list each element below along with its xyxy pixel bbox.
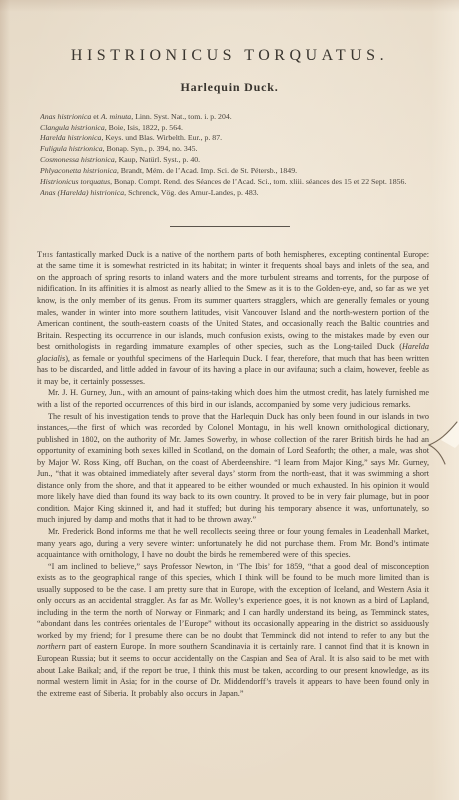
text-segment: , Linn. Syst. Nat., tom. i. p. 204. [131, 112, 232, 121]
section-divider-rule [170, 226, 290, 227]
synonymy-entry: Cosmonessa histrionica, Kaup, Natürl. Sy… [40, 155, 433, 166]
text-segment: , Bonap. Compt. Rend. des Séances de l’A… [110, 177, 406, 186]
text-segment: The result of his investigation tends to… [37, 412, 429, 525]
text-segment: Harelda histrionica [40, 133, 101, 142]
text-segment: A. minuta [101, 112, 131, 121]
text-segment: Phlyaconetta histrionica [40, 166, 117, 175]
text-segment: , Brandt, Mém. de l’Acad. Imp. Sci. de S… [117, 166, 297, 175]
paragraph: “I am inclined to believe,” says Profess… [37, 561, 429, 700]
synonymy-entry: Harelda histrionica, Keys. und Blas. Wir… [40, 133, 433, 144]
synonymy-entry: Anas histrionica et A. minuta, Linn. Sys… [40, 112, 433, 123]
species-title: HISTRIONICUS TORQUATUS. [0, 0, 459, 65]
book-page: HISTRIONICUS TORQUATUS. Harlequin Duck. … [0, 0, 459, 800]
synonymy-entry: Clangula histrionica, Boie, Isis, 1822, … [40, 123, 433, 134]
text-segment: part of eastern Europe. In more southern… [37, 642, 429, 697]
text-segment: , Keys. und Blas. Wirbelth. Eur., p. 87. [101, 133, 222, 142]
text-segment: “I am inclined to believe,” says Profess… [37, 562, 429, 640]
text-segment: Mr. J. H. Gurney, Jun., with an amount o… [37, 388, 429, 409]
paragraph: Mr. J. H. Gurney, Jun., with an amount o… [37, 387, 429, 410]
paragraph: The result of his investigation tends to… [37, 411, 429, 526]
text-segment: Cosmonessa histrionica [40, 155, 115, 164]
text-segment: , Boie, Isis, 1822, p. 564. [105, 123, 183, 132]
synonymy-entry: Phlyaconetta histrionica, Brandt, Mém. d… [40, 166, 433, 177]
text-segment: Anas histrionica [40, 112, 91, 121]
text-segment: , Bonap. Syn., p. 394, no. 345. [103, 144, 198, 153]
synonymy-entry: Anas (Harelda) histrionica, Schrenck, Vö… [40, 188, 433, 199]
text-segment: et [91, 112, 101, 121]
text-segment: Histrionicus torquatus [40, 177, 110, 186]
synonymy-entry: Fuligula histrionica, Bonap. Syn., p. 39… [40, 144, 433, 155]
body-text: This fantastically marked Duck is a nati… [37, 249, 429, 784]
synonymy-entry: Histrionicus torquatus, Bonap. Compt. Re… [40, 177, 433, 188]
text-segment: fantastically marked Duck is a native of… [37, 250, 429, 351]
text-segment: northern [37, 642, 66, 651]
text-segment: Clangula histrionica [40, 123, 105, 132]
text-segment: ), as female or youthful specimens of th… [37, 354, 429, 386]
text-segment: , Kaup, Natürl. Syst., p. 40. [115, 155, 200, 164]
text-segment: Mr. Frederick Bond informs me that he we… [37, 527, 429, 559]
common-name-subtitle: Harlequin Duck. [0, 80, 459, 95]
paragraph: Mr. Frederick Bond informs me that he we… [37, 526, 429, 561]
text-segment: This [37, 250, 53, 259]
synonymy-list: Anas histrionica et A. minuta, Linn. Sys… [40, 112, 433, 199]
text-segment: Fuligula histrionica [40, 144, 103, 153]
paragraph: This fantastically marked Duck is a nati… [37, 249, 429, 388]
text-segment: Anas (Harelda) histrionica [40, 188, 124, 197]
text-segment: , Schrenck, Vög. des Amur-Landes, p. 483… [124, 188, 258, 197]
